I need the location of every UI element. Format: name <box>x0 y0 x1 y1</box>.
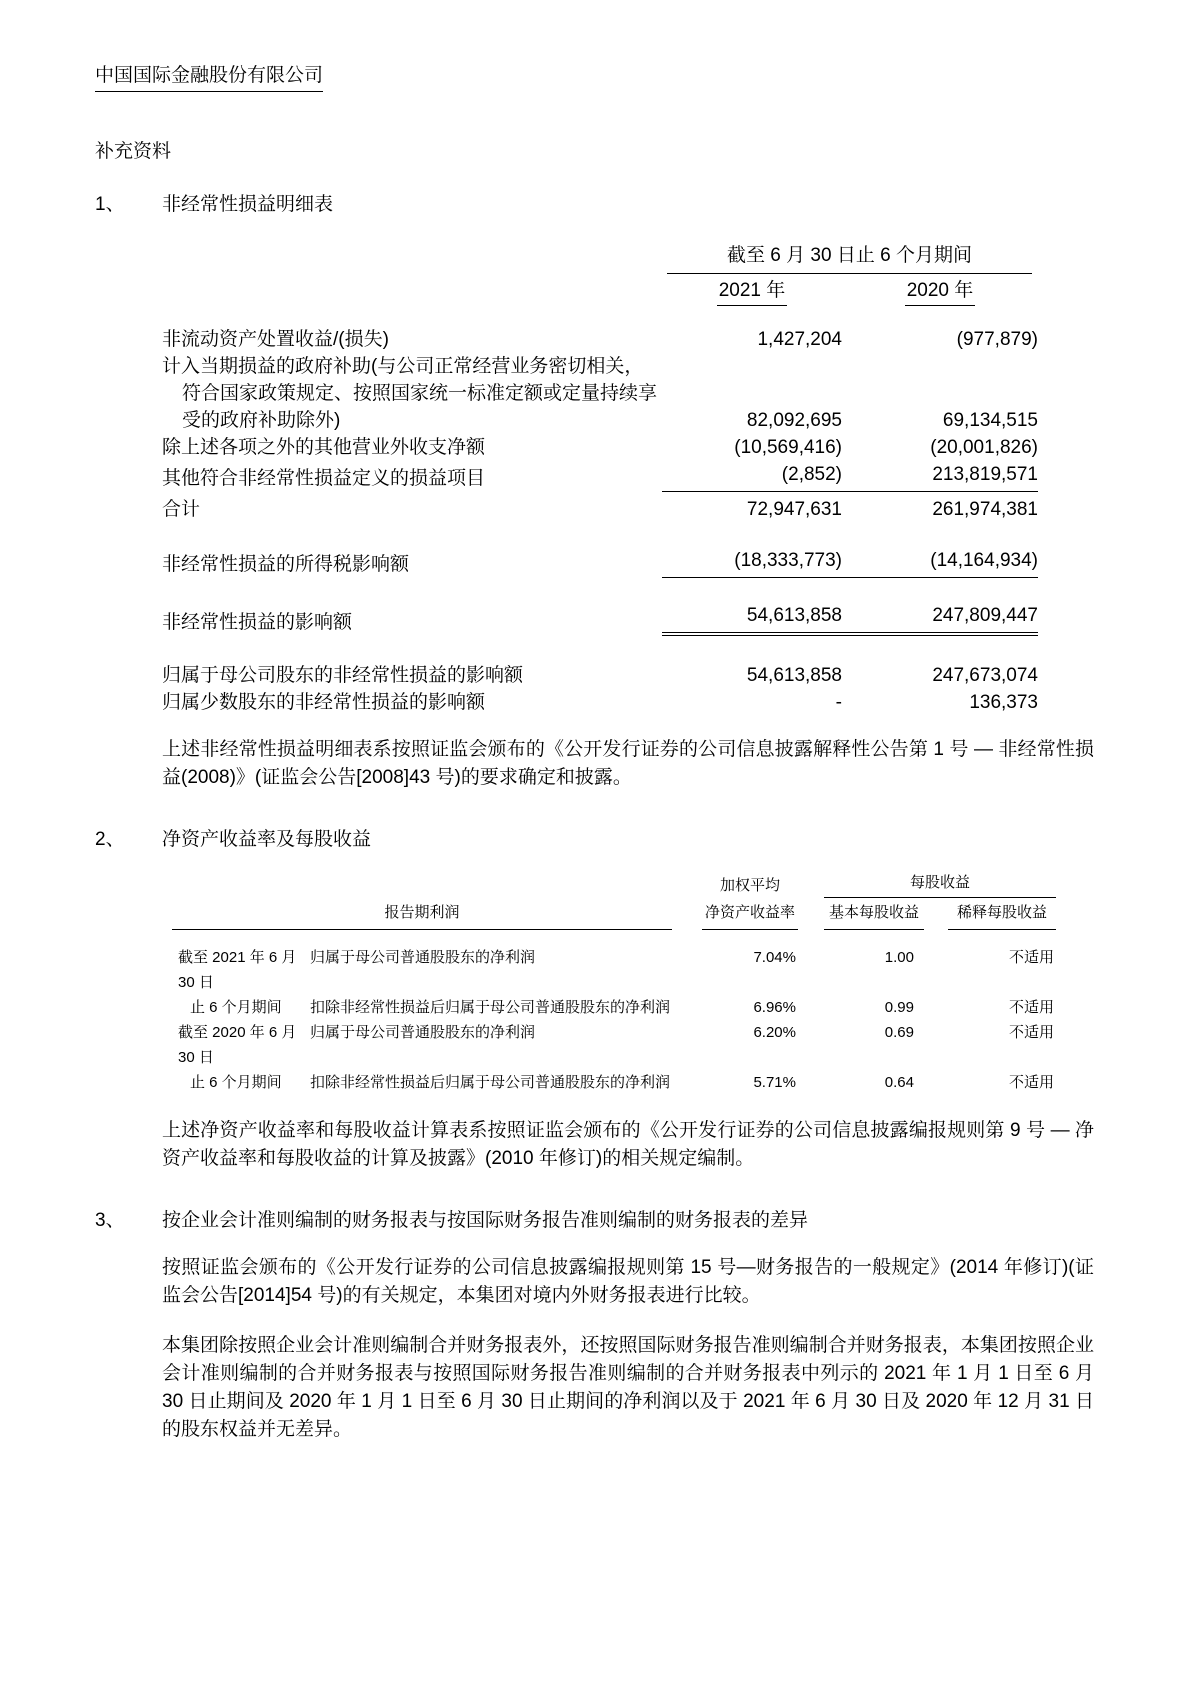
year-2020-header: 2020 年 <box>905 277 976 306</box>
table-row: 非经常性损益的影响额 54,613,858 247,809,447 <box>162 602 1038 636</box>
section-2-number: 2、 <box>95 826 162 853</box>
value-2021: 1,427,204 <box>662 326 842 353</box>
value-2021: (18,333,773) <box>662 547 842 578</box>
company-title: 中国国际金融股份有限公司 <box>95 62 323 92</box>
row-label: 非经常性损益的影响额 <box>162 609 662 636</box>
section-2-heading: 2、净资产收益率及每股收益 <box>95 826 1190 853</box>
company-title-line: 中国国际金融股份有限公司 <box>95 62 1190 92</box>
section-2-title: 净资产收益率及每股收益 <box>162 829 371 850</box>
table-row: 止 6 个月期间 扣除非经常性损益后归属于母公司普通股股东的净利润 6.96% … <box>172 995 1056 1020</box>
value-2020: (977,879) <box>842 326 1038 353</box>
document-page: 中国国际金融股份有限公司 补充资料 1、非经常性损益明细表 截至 6 月 30 … <box>0 0 1190 1683</box>
value-2021: 54,613,858 <box>662 602 842 636</box>
row-label: 除上述各项之外的其他营业外收支净额 <box>162 434 662 461</box>
diluted-eps-value: 不适用 <box>948 995 1056 1020</box>
item-cell: 归属于母公司普通股股东的净利润 <box>310 945 672 995</box>
item-cell: 归属于母公司普通股股东的净利润 <box>310 1020 672 1070</box>
basic-eps-value: 0.99 <box>824 995 924 1020</box>
row-label: 其他符合非经常性损益定义的损益项目 <box>162 465 662 492</box>
section-1-title: 非经常性损益明细表 <box>162 194 333 215</box>
section-3-paragraph-2: 本集团除按照企业会计准则编制合并财务报表外，还按照国际财务报告准则编制合并财务报… <box>162 1332 1094 1444</box>
value-2021: 82,092,695 <box>662 407 842 434</box>
row-label: 合计 <box>162 496 662 523</box>
value-2020: 69,134,515 <box>842 407 1038 434</box>
value-2021: - <box>662 689 842 716</box>
roe-eps-table: 加权平均 每股收益 报告期利润 净资产收益率 基本每股收益 稀释每股收益 截至 … <box>172 871 1056 1095</box>
section-2-note: 上述净资产收益率和每股收益计算表系按照证监会颁布的《公开发行证券的公司信息披露编… <box>162 1117 1094 1173</box>
table-row: 计入当期损益的政府补助(与公司正常经营业务密切相关，符合国家政策规定、按照国家统… <box>162 353 1038 434</box>
table-body: 截至 2021 年 6 月 30 日 归属于母公司普通股股东的净利润 7.04%… <box>172 945 1056 1095</box>
value-2021: (10,569,416) <box>662 434 842 461</box>
table-row: 非经常性损益的所得税影响额 (18,333,773) (14,164,934) <box>162 547 1038 578</box>
value-2020: 247,809,447 <box>842 602 1038 636</box>
table-row: 非流动资产处置收益/(损失) 1,427,204 (977,879) <box>162 326 1038 353</box>
nonrecurring-items-table: 截至 6 月 30 日止 6 个月期间 2021 年 2020 年 非流动资产处… <box>162 242 1038 716</box>
value-2020: 247,673,074 <box>842 662 1038 689</box>
diluted-eps-header: 稀释每股收益 <box>948 901 1056 930</box>
section-3-paragraph-1: 按照证监会颁布的《公开发行证券的公司信息披露编报规则第 15 号—财务报告的一般… <box>162 1254 1094 1310</box>
table-row: 截至 2020 年 6 月 30 日 归属于母公司普通股股东的净利润 6.20%… <box>172 1020 1056 1070</box>
weighted-avg-header-line2: 净资产收益率 <box>702 901 798 930</box>
value-2020: 213,819,571 <box>842 461 1038 492</box>
profit-period-header: 报告期利润 <box>172 901 672 930</box>
period-header: 截至 6 月 30 日止 6 个月期间 <box>667 242 1032 274</box>
section-3-heading: 3、按企业会计准则编制的财务报表与按国际财务报告准则编制的财务报表的差异 <box>95 1207 1190 1234</box>
item-cell: 扣除非经常性损益后归属于母公司普通股股东的净利润 <box>310 1070 672 1095</box>
row-label: 归属少数股东的非经常性损益的影响额 <box>162 689 662 716</box>
table-row: 截至 2021 年 6 月 30 日 归属于母公司普通股股东的净利润 7.04%… <box>172 945 1056 995</box>
table-row: 除上述各项之外的其他营业外收支净额 (10,569,416) (20,001,8… <box>162 434 1038 461</box>
period-cell: 止 6 个月期间 <box>172 1070 310 1095</box>
table-body: 非流动资产处置收益/(损失) 1,427,204 (977,879) 计入当期损… <box>162 326 1038 716</box>
table-header-row-2: 报告期利润 净资产收益率 基本每股收益 稀释每股收益 <box>172 901 1056 930</box>
basic-eps-value: 0.69 <box>824 1020 924 1070</box>
roe-value: 7.04% <box>702 945 798 995</box>
year-2021-header: 2021 年 <box>717 277 788 306</box>
section-1-number: 1、 <box>95 191 162 218</box>
value-2020: (20,001,826) <box>842 434 1038 461</box>
period-cell: 截至 2020 年 6 月 30 日 <box>172 1020 310 1070</box>
doc-subtitle: 补充资料 <box>95 138 1190 165</box>
value-2021: 54,613,858 <box>662 662 842 689</box>
diluted-eps-value: 不适用 <box>948 1020 1056 1070</box>
section-1-heading: 1、非经常性损益明细表 <box>95 191 1190 218</box>
table-row-total: 合计 72,947,631 261,974,381 <box>162 496 1038 523</box>
basic-eps-value: 0.64 <box>824 1070 924 1095</box>
roe-value: 5.71% <box>702 1070 798 1095</box>
eps-group-header: 每股收益 <box>824 871 1056 898</box>
table-row: 止 6 个月期间 扣除非经常性损益后归属于母公司普通股股东的净利润 5.71% … <box>172 1070 1056 1095</box>
section-1-note: 上述非经常性损益明细表系按照证监会颁布的《公开发行证券的公司信息披露解释性公告第… <box>162 736 1094 792</box>
year-header-row: 2021 年 2020 年 <box>162 277 1038 306</box>
period-cell: 止 6 个月期间 <box>172 995 310 1020</box>
basic-eps-header: 基本每股收益 <box>824 901 924 930</box>
table-row: 其他符合非经常性损益定义的损益项目 (2,852) 213,819,571 <box>162 461 1038 492</box>
roe-value: 6.96% <box>702 995 798 1020</box>
diluted-eps-value: 不适用 <box>948 945 1056 995</box>
table-row: 归属少数股东的非经常性损益的影响额 - 136,373 <box>162 689 1038 716</box>
table-row: 归属于母公司股东的非经常性损益的影响额 54,613,858 247,673,0… <box>162 662 1038 689</box>
row-label: 非流动资产处置收益/(损失) <box>162 326 662 353</box>
row-label: 归属于母公司股东的非经常性损益的影响额 <box>162 662 662 689</box>
item-cell: 扣除非经常性损益后归属于母公司普通股股东的净利润 <box>310 995 672 1020</box>
table-header-row-1: 加权平均 每股收益 <box>172 871 1056 898</box>
value-2020: 136,373 <box>842 689 1038 716</box>
basic-eps-value: 1.00 <box>824 945 924 995</box>
section-3-title: 按企业会计准则编制的财务报表与按国际财务报告准则编制的财务报表的差异 <box>162 1210 808 1231</box>
value-2021: 72,947,631 <box>662 496 842 523</box>
diluted-eps-value: 不适用 <box>948 1070 1056 1095</box>
roe-value: 6.20% <box>702 1020 798 1070</box>
period-cell: 截至 2021 年 6 月 30 日 <box>172 945 310 995</box>
value-2020: 261,974,381 <box>842 496 1038 523</box>
row-label: 计入当期损益的政府补助(与公司正常经营业务密切相关，符合国家政策规定、按照国家统… <box>162 353 662 434</box>
row-label: 非经常性损益的所得税影响额 <box>162 551 662 578</box>
value-2021: (2,852) <box>662 461 842 492</box>
weighted-avg-header-line1: 加权平均 <box>702 874 798 898</box>
section-3-number: 3、 <box>95 1207 162 1234</box>
value-2020: (14,164,934) <box>842 547 1038 578</box>
